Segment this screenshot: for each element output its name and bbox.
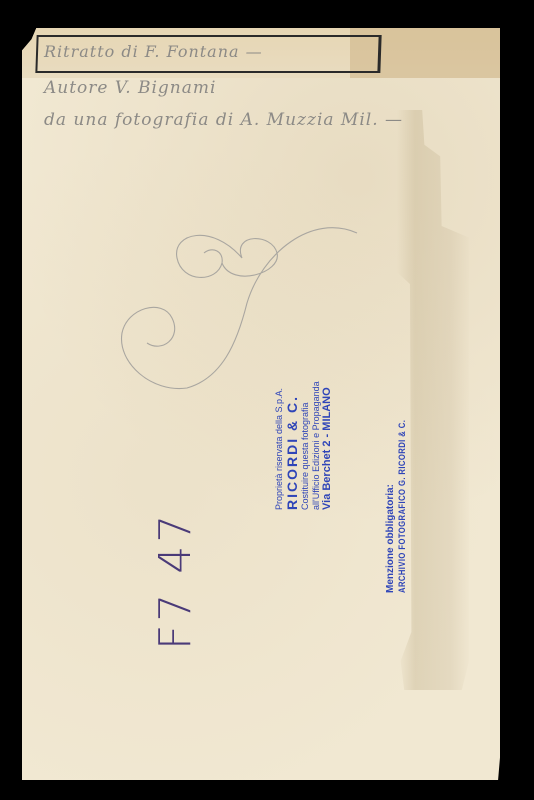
stamp-line: Costituire questa fotografia [300,381,310,510]
handwritten-source: da una fotografia di A. Muzzia Mil. — [44,110,403,130]
stamp-line: all'Ufficio Edizioni e Propaganda [311,381,321,510]
stamp-line: RICORDI & C. [284,381,300,510]
stamp-line: Via Berchet 2 - MILANO [321,381,334,510]
stamp-line: Proprietà riservata della S.p.A. [274,381,284,510]
ricordi-property-stamp: Proprietà riservata della S.p.A. RICORDI… [274,381,334,510]
tape-residue-strip [397,110,469,690]
stamp-line: Menzione obbligatoria: [385,389,397,593]
pencil-monogram-icon [92,213,392,403]
card-back: Ritratto di F. Fontana — Autore V. Bigna… [22,28,500,780]
handwritten-author: Autore V. Bignami [44,78,216,98]
archive-credit-stamp: Menzione obbligatoria: ARCHIVIO FOTOGRAF… [385,389,407,593]
handwritten-title: Ritratto di F. Fontana — [44,42,263,61]
stamp-line: ARCHIVIO FOTOGRAFICO G. RICORDI & C. [397,420,407,593]
accession-number: F7 47 [150,512,201,650]
